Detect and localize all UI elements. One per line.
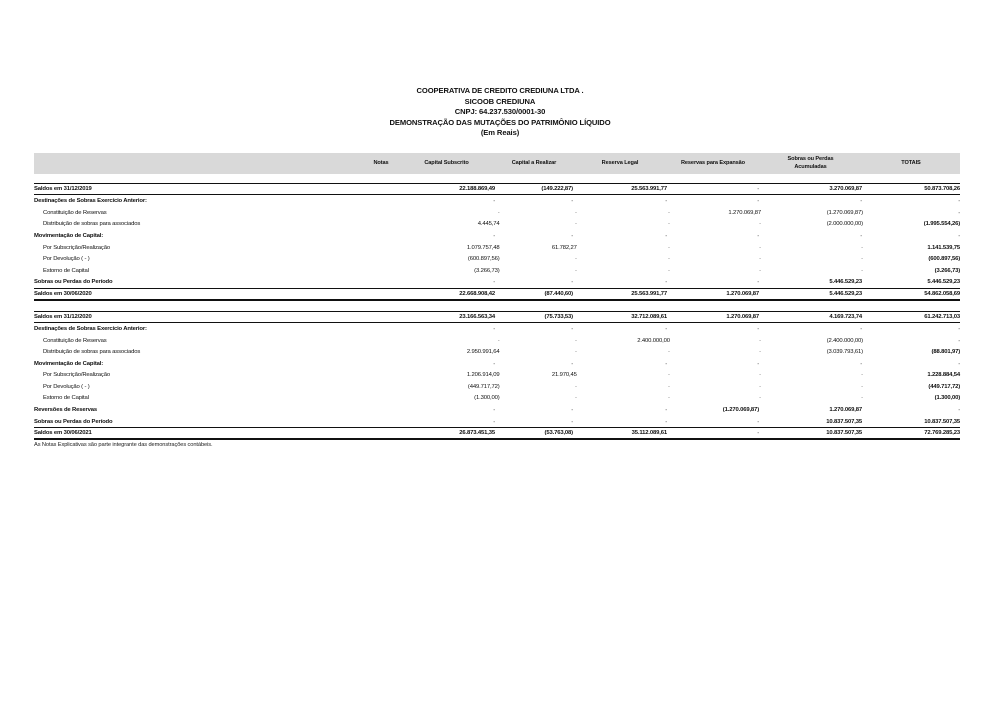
table-row: Sobras ou Perdas do Período----10.837.50… (34, 416, 960, 428)
cell-reservas-expansao: - (670, 349, 761, 355)
cell-reservas-expansao: 1.270.069,87 (667, 291, 759, 297)
row-label: Destinações de Sobras Exercício Anterior… (34, 326, 364, 332)
table-row: Por Subscrição/Realização1.079.757,4861.… (34, 242, 960, 254)
table-row: Estorno de Capital(3.266,73)----(3.266,7… (34, 265, 960, 277)
cell-capital-a-realizar: - (500, 256, 577, 262)
cell-reservas-expansao: - (667, 198, 759, 204)
col-notas: Notas (364, 160, 398, 168)
cell-reserva-legal: - (573, 407, 667, 413)
cell-reservas-expansao: - (670, 338, 761, 344)
cell-capital-subscrito: 23.166.563,34 (398, 314, 495, 320)
cell-reserva-legal: 2.400.000,00 (577, 338, 670, 344)
table-row: Movimentação de Capital:------ (34, 358, 960, 370)
cell-sobras-perdas: 5.446.529,23 (759, 279, 862, 285)
row-label: Saldos em 31/12/2019 (34, 186, 364, 192)
cell-reserva-legal: - (573, 326, 667, 332)
currency-unit: (Em Reais) (0, 128, 1000, 139)
cell-totais: - (862, 326, 960, 332)
cell-reserva-legal: - (573, 198, 667, 204)
cell-reservas-expansao: 1.270.069,87 (670, 210, 761, 216)
cell-sobras-perdas: 4.169.723,74 (759, 314, 862, 320)
cell-totais: - (863, 210, 960, 216)
cell-capital-a-realizar: 61.782,27 (500, 245, 577, 251)
row-label: Constituição de Reservas (34, 210, 370, 216)
cell-sobras-perdas: - (761, 372, 863, 378)
cell-reservas-expansao: - (670, 372, 761, 378)
cell-totais: 1.141.539,75 (863, 245, 960, 251)
cell-totais: (3.266,73) (863, 268, 960, 274)
cell-totais: (600.897,56) (863, 256, 960, 262)
cell-reservas-expansao: - (670, 395, 761, 401)
statement-title: DEMONSTRAÇÃO DAS MUTAÇÕES DO PATRIMÔNIO … (0, 118, 1000, 129)
cell-totais: (449.717,72) (863, 384, 960, 390)
cell-sobras-perdas: - (759, 326, 862, 332)
cell-reserva-legal: - (577, 256, 670, 262)
cell-capital-a-realizar: - (500, 221, 577, 227)
cell-reserva-legal: - (577, 372, 670, 378)
cell-capital-a-realizar: - (495, 279, 573, 285)
cell-capital-a-realizar: - (495, 198, 573, 204)
cell-sobras-perdas: - (761, 395, 863, 401)
cell-totais: (1.300,00) (863, 395, 960, 401)
cell-reserva-legal: - (577, 268, 670, 274)
row-label: Saldos em 31/12/2020 (34, 314, 364, 320)
table-row: Constituição de Reservas--2.400.000,00-(… (34, 335, 960, 347)
cell-capital-subscrito: 4.445,74 (403, 221, 499, 227)
table-row: Movimentação de Capital:------ (34, 230, 960, 242)
cell-capital-subscrito: - (398, 407, 495, 413)
cell-reserva-legal: - (577, 221, 670, 227)
cell-capital-subscrito: - (398, 419, 495, 425)
cell-capital-a-realizar: - (500, 268, 577, 274)
cell-totais: 5.446.529,23 (862, 279, 960, 285)
cell-sobras-perdas: - (759, 233, 862, 239)
cell-capital-a-realizar: - (500, 338, 577, 344)
cell-totais: - (862, 361, 960, 367)
row-label: Movimentação de Capital: (34, 361, 364, 367)
cell-reservas-expansao: - (667, 233, 759, 239)
col-capital-a-realizar: Capital a Realizar (495, 160, 573, 168)
row-label: Estorno de Capital (34, 395, 370, 401)
cell-reservas-expansao: 1.270.069,87 (667, 314, 759, 320)
cell-sobras-perdas: - (761, 245, 863, 251)
row-label: Por Devolução ( - ) (34, 256, 370, 262)
col-sobras-perdas: Sobras ou Perdas Acumuladas (759, 156, 862, 171)
cell-capital-subscrito: (449.717,72) (403, 384, 499, 390)
cell-sobras-perdas: 10.837.507,35 (759, 430, 862, 436)
cell-reserva-legal: - (573, 361, 667, 367)
equity-changes-table: Notas Capital Subscrito Capital a Realiz… (34, 153, 960, 448)
cell-sobras-perdas: 1.270.069,87 (759, 407, 862, 413)
table-row: Destinações de Sobras Exercício Anterior… (34, 195, 960, 207)
table-row: Saldos em 30/06/202022.668.908,42(87.440… (34, 288, 960, 301)
cell-totais: 54.862.058,69 (862, 291, 960, 297)
cell-totais: 61.242.713,03 (862, 314, 960, 320)
cell-reservas-expansao: - (667, 419, 759, 425)
col-reservas-expansao: Reservas para Expansão (667, 160, 759, 168)
cell-sobras-perdas: - (761, 384, 863, 390)
table-row: Sobras ou Perdas do Período----5.446.529… (34, 277, 960, 289)
cell-sobras-perdas: 10.837.507,35 (759, 419, 862, 425)
cell-capital-a-realizar: (87.440,60) (495, 291, 573, 297)
cell-totais: (88.801,97) (863, 349, 960, 355)
row-label: Distribuição de sobras para associados (34, 221, 370, 227)
col-totais: TOTAIS (862, 160, 960, 168)
cell-totais: - (862, 198, 960, 204)
cell-capital-subscrito: 22.188.869,49 (398, 186, 495, 192)
cell-reserva-legal: 25.563.991,77 (573, 186, 667, 192)
cell-reserva-legal: - (573, 419, 667, 425)
table-row: Por Devolução ( - )(449.717,72)----(449.… (34, 381, 960, 393)
row-label: Sobras ou Perdas do Período (34, 279, 364, 285)
cell-reservas-expansao: - (670, 384, 761, 390)
cell-totais: (1.995.554,26) (863, 221, 960, 227)
column-header-row: Notas Capital Subscrito Capital a Realiz… (34, 153, 960, 174)
cell-sobras-perdas: - (761, 256, 863, 262)
cell-capital-subscrito: - (403, 210, 499, 216)
cell-capital-a-realizar: (149.222,87) (495, 186, 573, 192)
table-row: Saldos em 31/12/201922.188.869,49(149.22… (34, 183, 960, 195)
cell-capital-a-realizar: - (495, 233, 573, 239)
cell-sobras-perdas: (3.039.793,61) (761, 349, 863, 355)
cell-capital-subscrito: - (398, 198, 495, 204)
brand-name: SICOOB CREDIUNA (0, 97, 1000, 108)
cell-capital-a-realizar: - (495, 326, 573, 332)
cell-capital-a-realizar: - (500, 384, 577, 390)
table-row: Por Subscrição/Realização1.206.914,0921.… (34, 370, 960, 382)
cell-totais: 10.837.507,35 (862, 419, 960, 425)
cell-reservas-expansao: - (670, 245, 761, 251)
cell-sobras-perdas: - (759, 361, 862, 367)
footnote: As Notas Explicativas são parte integran… (34, 442, 960, 448)
cell-capital-subscrito: - (398, 233, 495, 239)
cell-reservas-expansao: - (670, 221, 761, 227)
cell-capital-subscrito: 22.668.908,42 (398, 291, 495, 297)
document-header: COOPERATIVA DE CREDITO CREDIUNA LTDA . S… (0, 86, 1000, 139)
cell-capital-subscrito: 1.079.757,48 (403, 245, 499, 251)
cell-capital-a-realizar: - (495, 361, 573, 367)
cell-reserva-legal: 35.112.089,61 (573, 430, 667, 436)
cell-capital-subscrito: 1.206.914,09 (403, 372, 499, 378)
cell-sobras-perdas: 5.446.529,23 (759, 291, 862, 297)
cell-totais: - (862, 407, 960, 413)
cell-reservas-expansao: - (667, 361, 759, 367)
cell-capital-a-realizar: - (495, 419, 573, 425)
row-label: Por Subscrição/Realização (34, 372, 370, 378)
row-label: Saldos em 30/06/2021 (34, 430, 364, 436)
cell-capital-a-realizar: - (500, 395, 577, 401)
cell-sobras-perdas: (2.400.000,00) (761, 338, 863, 344)
row-label: Destinações de Sobras Exercício Anterior… (34, 198, 364, 204)
table-row: Saldos em 31/12/202023.166.563,34(75.733… (34, 311, 960, 323)
cell-capital-subscrito: - (398, 326, 495, 332)
cell-reservas-expansao: - (667, 279, 759, 285)
cell-totais: 72.769.285,23 (862, 430, 960, 436)
cell-capital-a-realizar: - (500, 349, 577, 355)
table-row: Distribuição de sobras para associados4.… (34, 219, 960, 231)
cell-reserva-legal: - (577, 210, 670, 216)
cnpj: CNPJ: 64.237.530/0001-30 (0, 107, 1000, 118)
col-capital-subscrito: Capital Subscrito (398, 160, 495, 168)
cell-reservas-expansao: - (667, 326, 759, 332)
cell-capital-subscrito: - (398, 361, 495, 367)
cell-capital-a-realizar: 21.970,45 (500, 372, 577, 378)
cell-capital-a-realizar: (75.733,53) (495, 314, 573, 320)
cell-capital-subscrito: (3.266,73) (403, 268, 499, 274)
row-label: Distribuição de sobras para associados (34, 349, 370, 355)
cell-capital-subscrito: - (403, 338, 499, 344)
cell-reservas-expansao: - (667, 430, 759, 436)
row-label: Estorno de Capital (34, 268, 370, 274)
table-row: Saldos em 30/06/202126.873.451,35(53.763… (34, 427, 960, 440)
cell-reserva-legal: 32.712.089,61 (573, 314, 667, 320)
cell-reservas-expansao: (1.270.069,87) (667, 407, 759, 413)
cell-capital-subscrito: 26.873.451,35 (398, 430, 495, 436)
row-label: Por Devolução ( - ) (34, 384, 370, 390)
cell-totais: - (863, 338, 960, 344)
cell-capital-subscrito: (600.897,56) (403, 256, 499, 262)
cell-capital-subscrito: - (398, 279, 495, 285)
cell-reservas-expansao: - (670, 256, 761, 262)
cell-reserva-legal: 25.563.991,77 (573, 291, 667, 297)
row-label: Sobras ou Perdas do Período (34, 419, 364, 425)
cell-reserva-legal: - (573, 279, 667, 285)
cell-totais: - (862, 233, 960, 239)
cell-sobras-perdas: - (759, 198, 862, 204)
table-row: Por Devolução ( - )(600.897,56)----(600.… (34, 253, 960, 265)
cell-sobras-perdas: - (761, 268, 863, 274)
cell-reserva-legal: - (577, 395, 670, 401)
cell-sobras-perdas: 3.270.069,87 (759, 186, 862, 192)
row-label: Reversões de Reservas (34, 407, 364, 413)
cell-capital-a-realizar: - (495, 407, 573, 413)
cell-reservas-expansao: - (667, 186, 759, 192)
section-gap (34, 301, 960, 311)
col-reserva-legal: Reserva Legal (573, 160, 667, 168)
cell-reserva-legal: - (577, 384, 670, 390)
cell-capital-a-realizar: (53.763,08) (495, 430, 573, 436)
table-row: Reversões de Reservas---(1.270.069,87)1.… (34, 404, 960, 416)
cell-capital-subscrito: (1.300,00) (403, 395, 499, 401)
table-row: Estorno de Capital(1.300,00)----(1.300,0… (34, 393, 960, 405)
row-label: Constituição de Reservas (34, 338, 370, 344)
cell-reserva-legal: - (577, 245, 670, 251)
cell-reservas-expansao: - (670, 268, 761, 274)
cell-reserva-legal: - (573, 233, 667, 239)
cell-totais: 50.873.708,26 (862, 186, 960, 192)
table-row: Constituição de Reservas---1.270.069,87(… (34, 207, 960, 219)
row-label: Movimentação de Capital: (34, 233, 364, 239)
row-label: Saldos em 30/06/2020 (34, 291, 364, 297)
cell-sobras-perdas: (1.270.069,87) (761, 210, 863, 216)
cell-totais: 1.228.884,54 (863, 372, 960, 378)
table-row: Destinações de Sobras Exercício Anterior… (34, 323, 960, 335)
cell-capital-subscrito: 2.950.991,64 (403, 349, 499, 355)
table-body: Saldos em 31/12/201922.188.869,49(149.22… (34, 183, 960, 440)
cell-sobras-perdas: (2.000.000,00) (761, 221, 863, 227)
row-label: Por Subscrição/Realização (34, 245, 370, 251)
table-row: Distribuição de sobras para associados2.… (34, 346, 960, 358)
company-name: COOPERATIVA DE CREDITO CREDIUNA LTDA . (0, 86, 1000, 97)
cell-capital-a-realizar: - (500, 210, 577, 216)
cell-reserva-legal: - (577, 349, 670, 355)
